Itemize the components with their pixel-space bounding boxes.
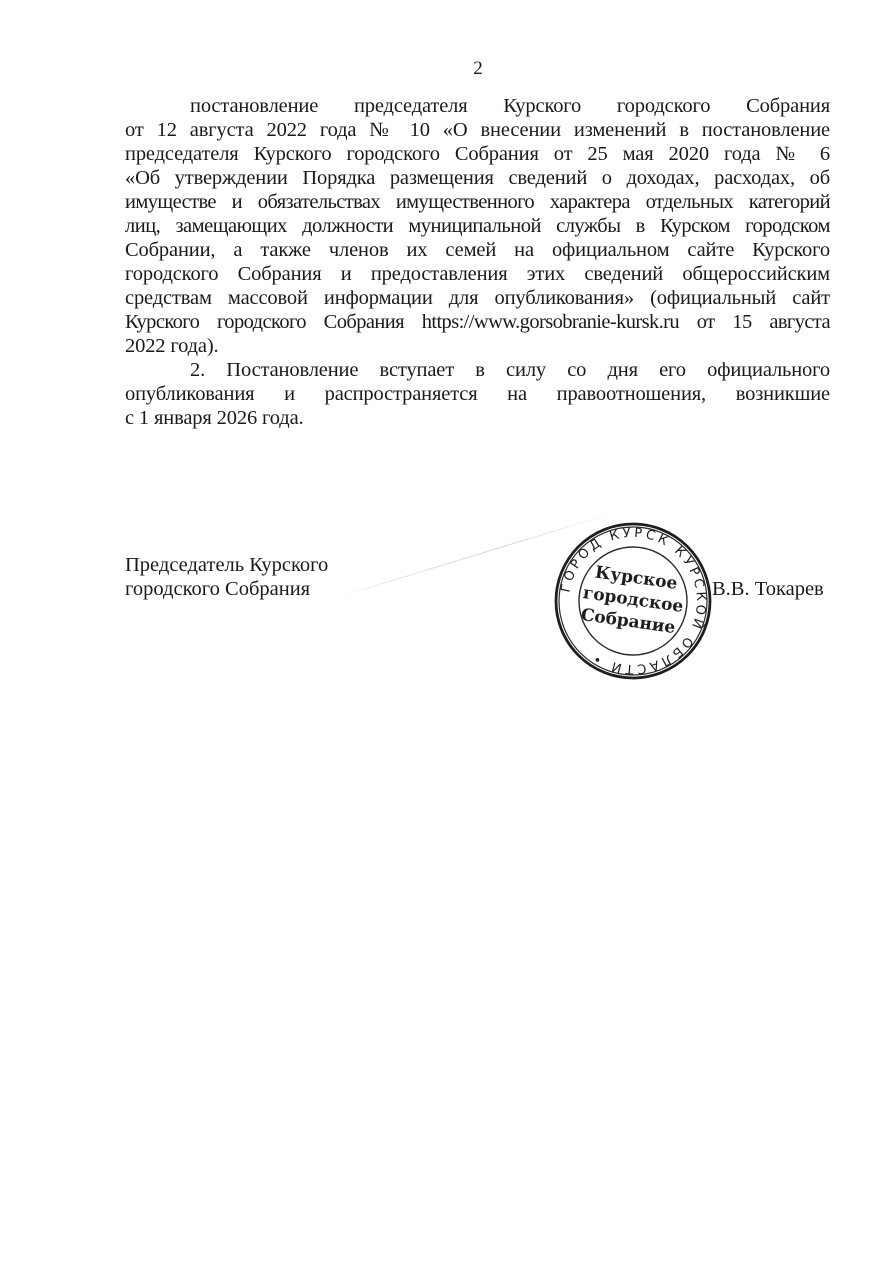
- text-line: 2022 года).: [125, 334, 830, 358]
- text-line: имуществе и обязательствах имущественног…: [125, 190, 830, 214]
- text-line: постановление председателя Курского горо…: [125, 94, 830, 118]
- text-line: с 1 января 2026 года.: [125, 406, 830, 430]
- text-line: городского Собрания и предоставления эти…: [125, 262, 830, 286]
- text-line: Собрании, а также членов их семей на офи…: [125, 238, 830, 262]
- text-line: «Об утверждении Порядка размещения сведе…: [125, 166, 830, 190]
- stamp-seal-icon: ГОРОД КУРСК КУРСКОЙ ОБЛАСТИ • Курское го…: [553, 521, 713, 681]
- page-number: 2: [0, 58, 896, 80]
- text-line: средствам массовой информации для опубли…: [125, 286, 830, 310]
- document-body: постановление председателя Курского горо…: [125, 94, 830, 430]
- position-line: городского Собрания: [125, 577, 328, 601]
- text-line: лиц, замещающих должности муниципальной …: [125, 214, 830, 238]
- signatory-position: Председатель Курского городского Собрани…: [125, 553, 328, 601]
- paragraph-1: постановление председателя Курского горо…: [125, 94, 830, 358]
- text-line: председателя Курского городского Собрани…: [125, 142, 830, 166]
- signatory-name: В.В. Токарев: [712, 577, 824, 601]
- text-line: опубликования и распространяется на прав…: [125, 382, 830, 406]
- text-line: Курского городского Собрания https://www…: [125, 310, 830, 334]
- text-line: от 12 августа 2022 года № 10 «О внесении…: [125, 118, 830, 142]
- position-line: Председатель Курского: [125, 553, 328, 577]
- official-stamp: ГОРОД КУРСК КУРСКОЙ ОБЛАСТИ • Курское го…: [553, 521, 713, 681]
- paragraph-2: 2. Постановление вступает в силу со дня …: [125, 358, 830, 430]
- text-line: 2. Постановление вступает в силу со дня …: [125, 358, 830, 382]
